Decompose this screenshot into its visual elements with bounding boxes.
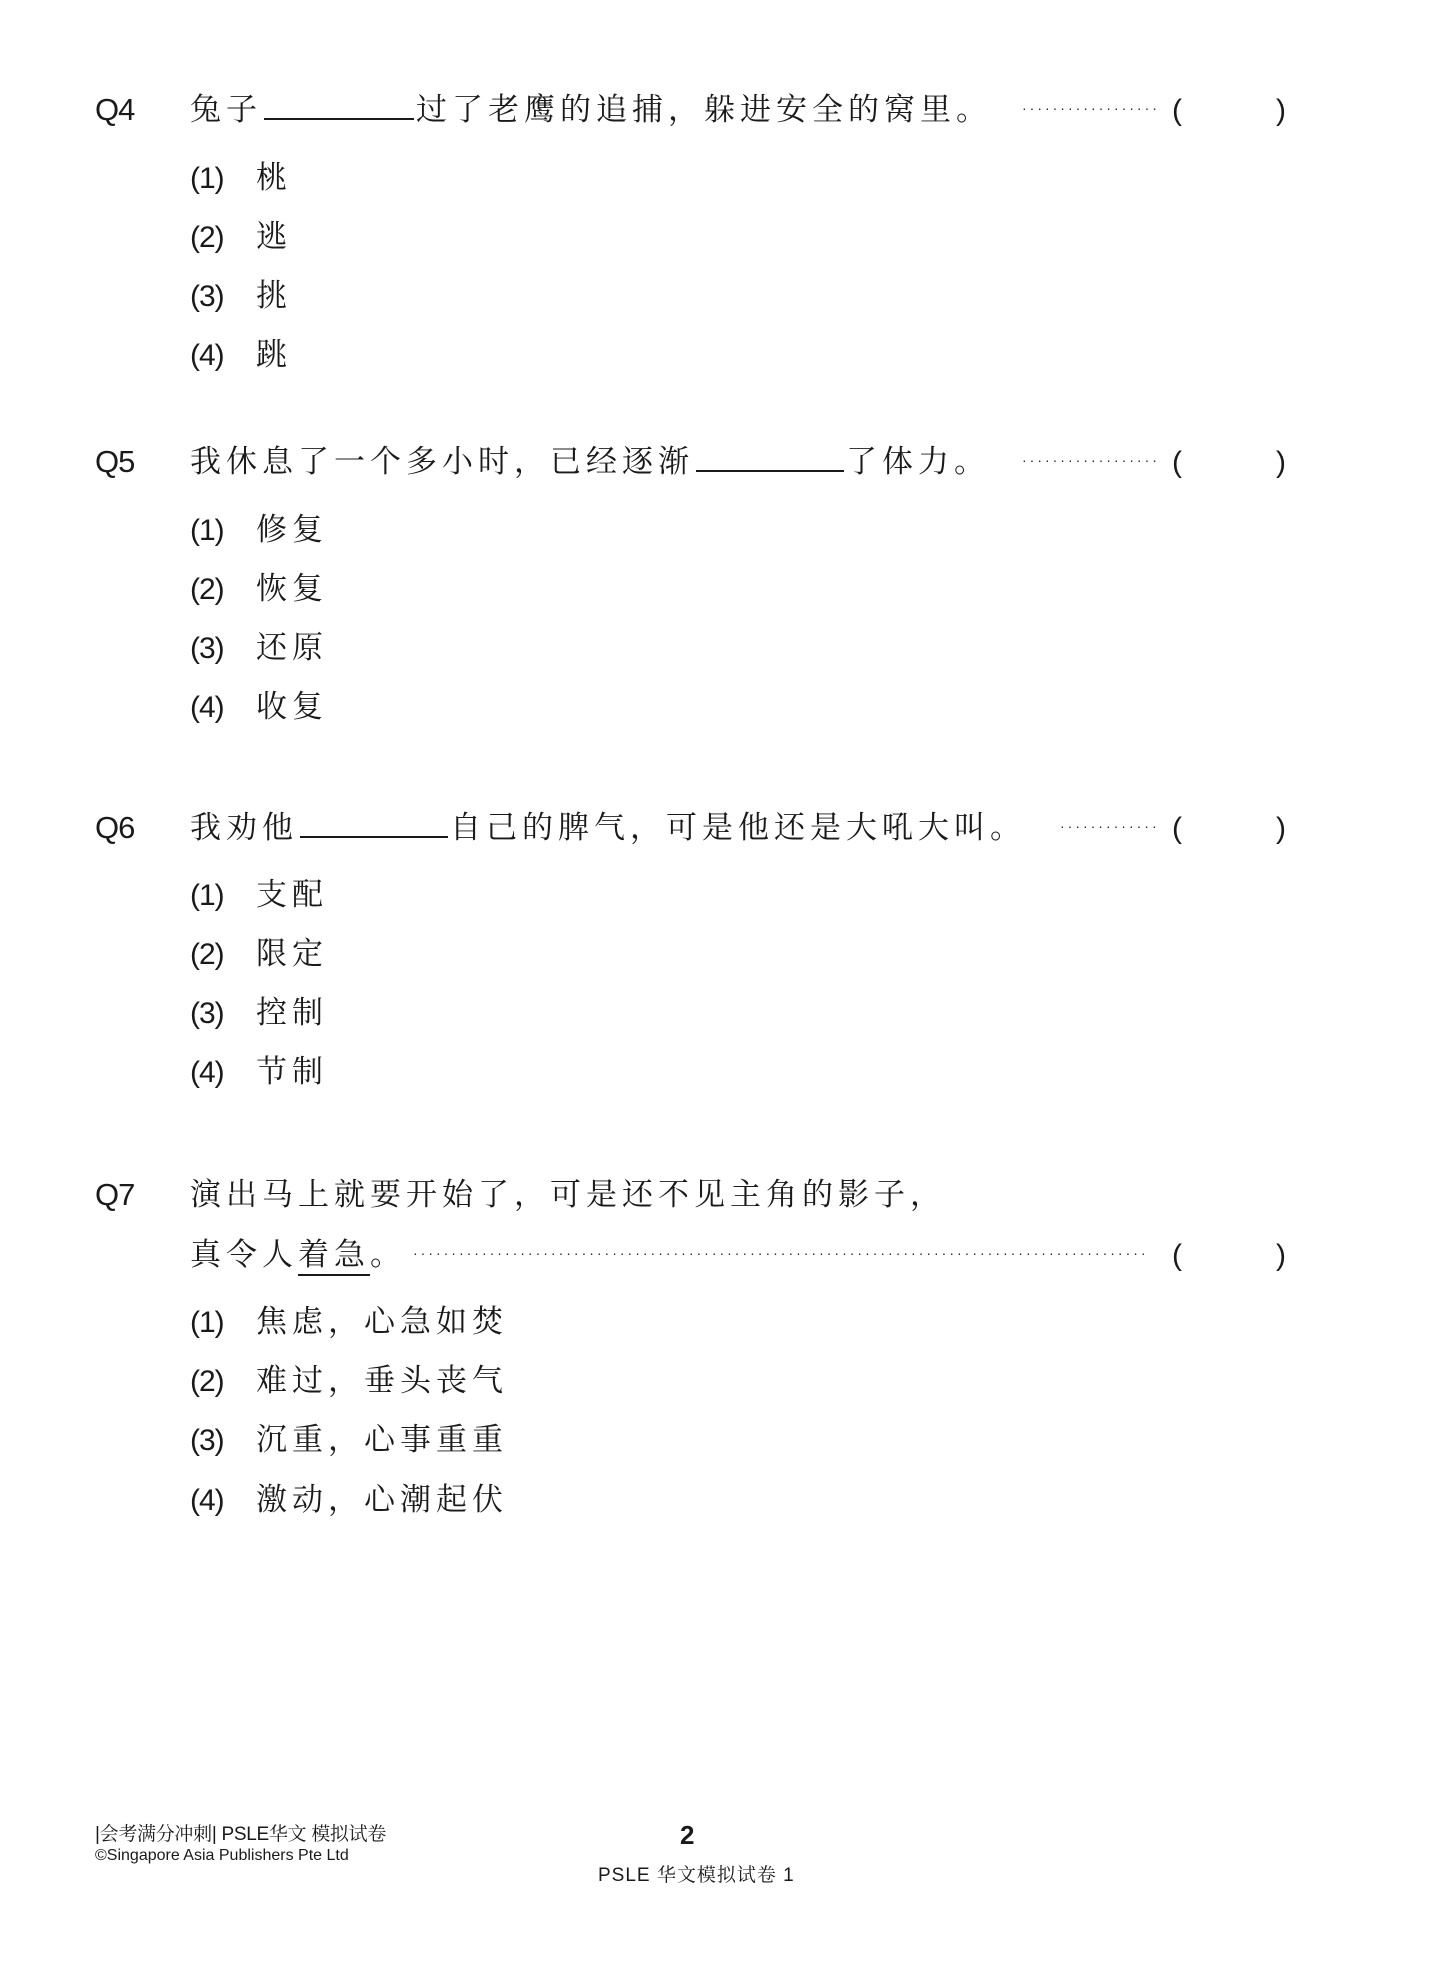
option-text: 限定 bbox=[256, 936, 328, 972]
option-3: (3)控制 bbox=[190, 993, 328, 1033]
stem-text-after: 。 bbox=[370, 1237, 406, 1273]
leader-dots: ········································… bbox=[1060, 806, 1156, 846]
leader-dots: ········································… bbox=[1022, 440, 1156, 480]
option-number: (2) bbox=[190, 218, 256, 258]
paper-title: PSLE 华文模拟试卷 1 bbox=[598, 1864, 795, 1888]
option-4: (4)激动，心潮起伏 bbox=[190, 1480, 508, 1520]
option-number: (1) bbox=[190, 159, 256, 199]
answer-blank bbox=[696, 442, 844, 472]
question-stem: 兔子过了老鹰的追捕，躲进安全的窝里。 bbox=[190, 90, 992, 130]
stem-text-after: 自己的脾气，可是他还是大吼大叫。 bbox=[450, 810, 1026, 846]
option-1: (1)修复 bbox=[190, 510, 328, 550]
footer-publisher: |会考满分冲刺| PSLE华文 模拟试卷 ©Singapore Asia Pub… bbox=[95, 1824, 386, 1866]
option-number: (3) bbox=[190, 629, 256, 669]
option-text: 挑 bbox=[256, 278, 292, 314]
stem-text-before: 真令人 bbox=[190, 1237, 298, 1273]
stem-text-before: 兔子 bbox=[190, 92, 262, 128]
question-number: Q5 bbox=[95, 442, 134, 482]
option-text: 难过，垂头丧气 bbox=[256, 1363, 508, 1399]
answer-paren-open: ( bbox=[1172, 1236, 1182, 1276]
option-text: 控制 bbox=[256, 995, 328, 1031]
answer-blank bbox=[264, 90, 414, 120]
option-number: (4) bbox=[190, 688, 256, 728]
option-number: (2) bbox=[190, 935, 256, 975]
option-number: (2) bbox=[190, 570, 256, 610]
option-3: (3)挑 bbox=[190, 276, 292, 316]
option-number: (4) bbox=[190, 1053, 256, 1093]
option-3: (3)还原 bbox=[190, 628, 328, 668]
option-number: (3) bbox=[190, 994, 256, 1034]
answer-blank bbox=[300, 808, 448, 838]
answer-paren-open: ( bbox=[1172, 443, 1182, 483]
question-stem-line-1: 演出马上就要开始了，可是还不见主角的影子， bbox=[190, 1175, 946, 1215]
answer-paren-open: ( bbox=[1172, 91, 1182, 131]
answer-paren-close: ) bbox=[1276, 809, 1286, 849]
question-number: Q4 bbox=[95, 90, 134, 130]
option-number: (1) bbox=[190, 876, 256, 916]
question-stem: 我劝他自己的脾气，可是他还是大吼大叫。 bbox=[190, 808, 1026, 848]
leader-dots: ········································… bbox=[1022, 88, 1156, 128]
option-text: 激动，心潮起伏 bbox=[256, 1482, 508, 1518]
option-text: 支配 bbox=[256, 877, 328, 913]
leader-dots: ········································… bbox=[413, 1233, 1158, 1273]
question-number: Q6 bbox=[95, 808, 134, 848]
option-text: 焦虑，心急如焚 bbox=[256, 1304, 508, 1340]
copyright-notice: ©Singapore Asia Publishers Pte Ltd bbox=[95, 1846, 386, 1866]
page-number: 2 bbox=[680, 1820, 694, 1850]
stem-text-after: 了体力。 bbox=[846, 444, 990, 480]
series-title: |会考满分冲刺| PSLE华文 模拟试卷 bbox=[95, 1824, 386, 1846]
option-number: (2) bbox=[190, 1362, 256, 1402]
option-number: (4) bbox=[190, 336, 256, 376]
option-4: (4)节制 bbox=[190, 1052, 328, 1092]
option-number: (3) bbox=[190, 1421, 256, 1461]
option-text: 节制 bbox=[256, 1054, 328, 1090]
option-4: (4)跳 bbox=[190, 335, 292, 375]
option-text: 恢复 bbox=[256, 571, 328, 607]
option-text: 桃 bbox=[256, 160, 292, 196]
option-2: (2)恢复 bbox=[190, 569, 328, 609]
option-text: 还原 bbox=[256, 630, 328, 666]
option-4: (4)收复 bbox=[190, 687, 328, 727]
option-text: 逃 bbox=[256, 219, 292, 255]
question-stem-line-2: 真令人着急。 bbox=[190, 1235, 406, 1275]
option-2: (2)难过，垂头丧气 bbox=[190, 1361, 508, 1401]
option-3: (3)沉重，心事重重 bbox=[190, 1420, 508, 1460]
underlined-word: 着急 bbox=[298, 1237, 370, 1276]
option-text: 收复 bbox=[256, 689, 328, 725]
stem-text-before: 我劝他 bbox=[190, 810, 298, 846]
option-2: (2)限定 bbox=[190, 934, 328, 974]
option-text: 修复 bbox=[256, 512, 328, 548]
answer-paren-close: ) bbox=[1276, 91, 1286, 131]
option-1: (1)支配 bbox=[190, 875, 328, 915]
option-number: (3) bbox=[190, 277, 256, 317]
question-number: Q7 bbox=[95, 1175, 134, 1215]
option-2: (2)逃 bbox=[190, 217, 292, 257]
stem-text-after: 过了老鹰的追捕，躲进安全的窝里。 bbox=[416, 92, 992, 128]
option-text: 沉重，心事重重 bbox=[256, 1422, 508, 1458]
option-number: (1) bbox=[190, 511, 256, 551]
option-1: (1)桃 bbox=[190, 158, 292, 198]
stem-text-before: 我休息了一个多小时，已经逐渐 bbox=[190, 444, 694, 480]
answer-paren-close: ) bbox=[1276, 1236, 1286, 1276]
answer-paren-open: ( bbox=[1172, 809, 1182, 849]
option-number: (4) bbox=[190, 1481, 256, 1521]
option-1: (1)焦虑，心急如焚 bbox=[190, 1302, 508, 1342]
answer-paren-close: ) bbox=[1276, 443, 1286, 483]
question-stem: 我休息了一个多小时，已经逐渐了体力。 bbox=[190, 442, 990, 482]
option-number: (1) bbox=[190, 1303, 256, 1343]
option-text: 跳 bbox=[256, 337, 292, 373]
